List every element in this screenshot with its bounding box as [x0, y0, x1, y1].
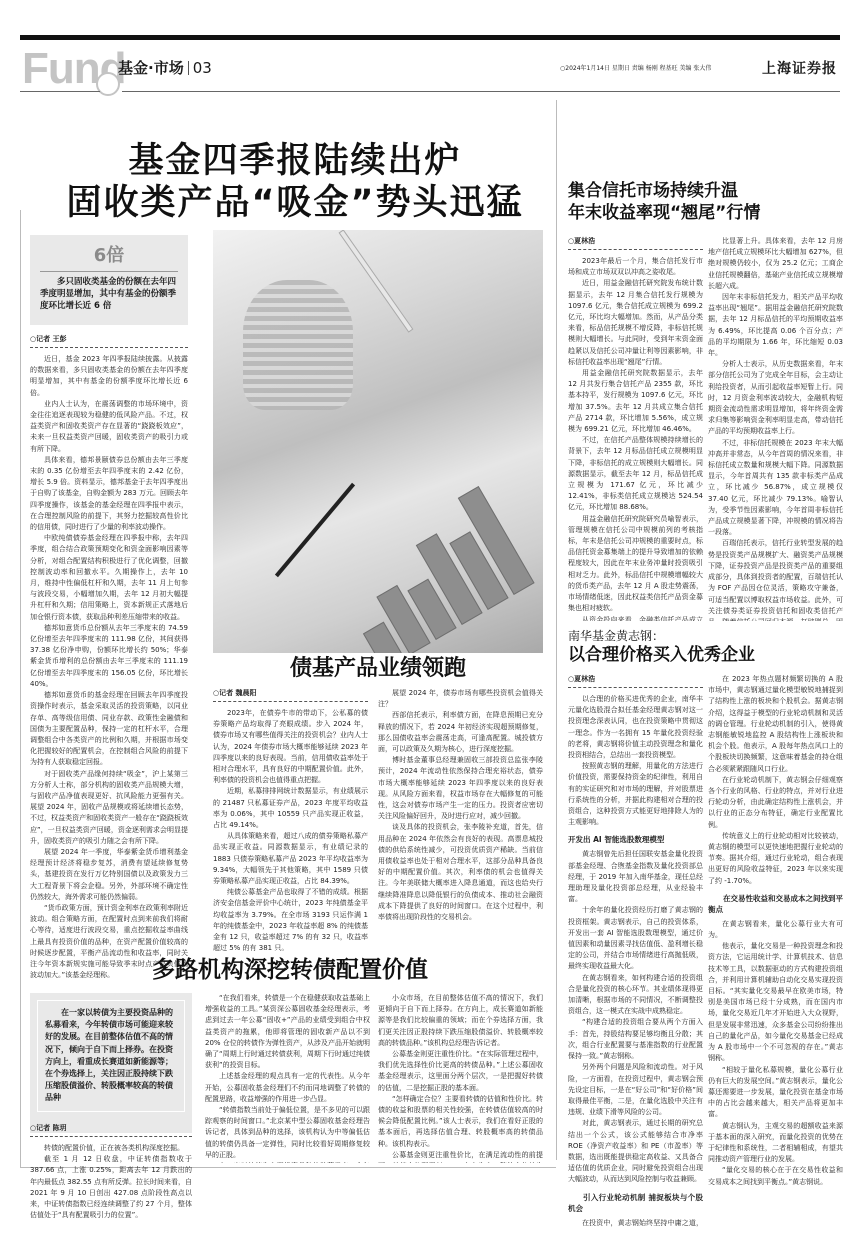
convertible-body: 转债的配置价值，正在被各类机构深度挖掘。 截至 1 月 12 日收盘，中证转债指…: [30, 1143, 192, 1221]
nanhua-subhead-rotation: 引入行业轮动机制 捕捉板块与个股机会: [568, 1192, 703, 1214]
column-divider: [556, 100, 557, 1160]
paragraph: 黄志钢曾先后担任国联安基金量化投资部基金经理、合煦基金指数及量化投资部总经理，于…: [568, 849, 703, 905]
bond-article-col1: ○记者 魏晨阳 2023年，在债券牛市的带动下，公私募的债券策略产品均取得了亮眼…: [213, 688, 368, 954]
nanhua-headline: 以合理价格买入优秀企业: [568, 644, 848, 666]
issue-date-editors: 2024年1月14日 星期日 责编 杨刚 程基旺 美编 张大伟: [565, 65, 711, 72]
paragraph: 近日，用益金融信托研究院发布统计数据显示，去年 12 月集合信托发行规模为 10…: [568, 278, 703, 368]
paragraph: 传统意义上的行业轮动相对比较被动，黄志钢的模型可以更快速地把握行业轮动的节奏。据…: [708, 831, 843, 887]
convertible-body: 小众市场，在目前整体估值不高的情况下，我们更倾向于自下而上择券。在方向上，成长赛…: [378, 993, 543, 1163]
convertible-article-col1: “在我们看来，转债是一个在稳健获取收益基础上增强收益的工具。”某资深公募固收基金…: [205, 993, 370, 1163]
convertible-byline: ○记者 陈玥: [30, 1123, 192, 1137]
trust-headline-line1: 集合信托市场持续升温: [568, 180, 848, 202]
paragraph: 在行业轮动机制下，黄志钢会仔细观察各个行业的风格、行业的特点，并对行业进行轮动分…: [708, 775, 843, 831]
trust-article-col1: ○夏林浩 2023年最后一个月，集合信托发行市场和成立市场双双以冲高之姿收尾。 …: [568, 236, 703, 621]
masthead-bottom-rule: [122, 91, 840, 92]
callout-number: 6倍: [30, 241, 188, 267]
callout-text: 在一家以转债为主要投资品种的私募看来，今年转债市场可能迎来较好的发展。在目前整体…: [37, 1000, 185, 1112]
speech-bubble-icon: [96, 72, 120, 96]
paragraph: “量化交易的核心在于在交易性收益和交易成本之间找到平衡点。”黄志钢说。: [708, 1165, 843, 1187]
masthead-bottom-rule: [20, 91, 100, 92]
paragraph: 从资金投向来看，金融类信托产品成立规模占比下降，房地产、工商企业和基础产业三大领…: [568, 615, 703, 622]
masthead-top-rule: [20, 35, 840, 40]
paragraph: 用益金融信托研究院数据显示，去年 12 月共发行集合信托产品 2355 款，环比…: [568, 368, 703, 435]
section-name: 基金·市场: [118, 59, 184, 77]
paragraph: “相较于量化私募规模，量化公募行业仍有巨大的发展空间。”黄志钢表示，量化公募还需…: [708, 1065, 843, 1121]
lead-headline: 基金四季报陆续出炉 固收类产品“吸金”势头迅猛: [40, 140, 550, 224]
nanhua-body: 在 2023 年热点题材频繁切换的 A 股市场中，黄志钢通过量化模型敏锐地捕捉到…: [708, 674, 843, 1188]
nanhua-subhead-balance: 在交易性收益和交易成本之间找到平衡点: [708, 893, 843, 915]
paragraph: 在 2023 年热点题材频繁切换的 A 股市场中，黄志钢通过量化模型敏锐地捕捉到…: [708, 674, 843, 775]
paragraph: 按照黄志钢的理解，用量化的方法进行价值投资，需要保持资金的纪律性，利用自有的实证…: [568, 761, 703, 828]
paragraph: 2023年最后一个月，集合信托发行市场和成立市场双双以冲高之姿收尾。: [568, 256, 703, 278]
paragraph: 谈及具体的投资机会，张李陵补充道，首先，信用品种在 2024 年依然会有良好的表…: [378, 822, 543, 923]
finance-photo: [213, 230, 543, 653]
paragraph: “怎样确定合位？主要看转债的估值和性价比。转债的收益和股票的相关性较强，在转债估…: [378, 1094, 543, 1150]
paragraph: 展望 2024 年一季度，华泰紫金货币增利基金经理预计经济将稳步复苏，消费有望延…: [30, 847, 188, 903]
paragraph: 因年末非标信托发力，相关产品平均收益率出现“翘尾”。据用益金融信托研究院数据，去…: [708, 292, 843, 359]
paragraph: 不过，非标信托规模在 2023 年末大幅冲高并非常态，从今年首周的情况来看，非标…: [708, 438, 843, 539]
issue-meta: ○2024年1月14日 星期日 责编 杨刚 程基旺 美编 张大伟: [560, 64, 711, 74]
lead-body: 近日，基金 2023 年四季报陆续披露。从披露的数据来看，多只固收类基金的份额在…: [30, 354, 188, 981]
convertible-article-col2: 小众市场，在目前整体估值不高的情况下，我们更倾向于自下而上择券。在方向上，成长赛…: [378, 993, 543, 1163]
paragraph: 小众市场，在目前整体估值不高的情况下，我们更倾向于自下而上择券。在方向上，成长赛…: [378, 993, 543, 1049]
paragraph: 上述基金经理的观点具有一定的代表性。从今年开始，公募固收基金经理们不约而同地调整…: [205, 1071, 370, 1105]
paragraph: 公募基金则更注重性价比，在满足流动性的前提下，转债仓位配置以 10% 左右为主，…: [378, 1150, 543, 1163]
bar-chart-graphic: [309, 440, 543, 653]
paragraph: 对此，黄志钢表示，通过长期的研究总结出一个公式，该公式能够结合市净率 ROE（净…: [568, 1118, 703, 1185]
paragraph: 在投资中，黄志钢始终坚持中庸之道，即从长的周期视角出发，去寻找投资制胜之道，灵活…: [568, 1218, 703, 1229]
lead-headline-line2: 固收类产品“吸金”势头迅猛: [40, 182, 550, 224]
paragraph: 从具体策略来看，超过八成的债券策略私募产品实现正收益。同源数据显示，有业绩记录的…: [213, 831, 368, 887]
paragraph: 截至 1 月 12 日收盘，中证转债指数收于 387.66 点，上涨 0.25%…: [30, 1154, 192, 1221]
paragraph: 对于固收类产品缘何持续“吸金”，沪上某第三方分析人士称，部分机构的固收类产品规模…: [30, 769, 188, 847]
coin-stack-graphic: [243, 280, 353, 410]
paragraph: 在黄志钢看来，如何构建合适的投资组合是量化投资的核心环节。其业绩体现得更加清晰，…: [568, 973, 703, 1018]
trust-headline: 集合信托市场持续升温 年末收益率现“翘尾”行情: [568, 180, 848, 224]
paragraph: 德邦如意货币的基金经理在回顾去年四季度投资操作时表示，基金采取灵活的投资策略，以…: [30, 690, 188, 768]
byline-text: 记者 王彭: [36, 335, 66, 343]
paragraph: 比显著上升。具体来看，去年 12 月房地产信托成立规模环比大幅增加 627%，但…: [708, 236, 843, 292]
bond-headline: 债基产品业绩领跑: [213, 655, 543, 683]
nanhua-body: 以合理的价格买进优秀的企业，南华丰元量化选股混合拟任基金经理黄志钢对这一投资理念…: [568, 694, 703, 1229]
paragraph: “构建合适的投资组合要从两个方面入手：首先，持股结构要足够均衡且分散；其次，组合…: [568, 1017, 703, 1062]
nanhua-subhead-ai-model: 开发出 AI 智能选股数理模型: [568, 834, 703, 845]
paragraph: 转债的配置价值，正在被各类机构深度挖掘。: [30, 1143, 192, 1154]
nanhua-kicker: 南华基金黄志钢：: [568, 628, 664, 644]
nanhua-article-col2: 在 2023 年热点题材频繁切换的 A 股市场中，黄志钢通过量化模型敏锐地捕捉到…: [708, 674, 843, 1229]
nanhua-article-col1: ○夏林浩 以合理的价格买进优秀的企业，南华丰元量化选股混合拟任基金经理黄志钢对这…: [568, 674, 703, 1229]
trust-body: 2023年最后一个月，集合信托发行市场和成立市场双双以冲高之姿收尾。 近日，用益…: [568, 256, 703, 621]
section-title: 基金·市场03: [118, 58, 212, 78]
paragraph: 黄志钢认为，主观交易的超额收益来源于基本面的深入研究，而量化投资的优势在于纪律性…: [708, 1121, 843, 1166]
paragraph: 博时基金董事总经理兼固收三部投资总监张李陵预计，2024 年流动性依然保持合理充…: [378, 755, 543, 822]
paragraph: 近期，私募排排网统计数据显示，有业绩展示的 21487 只私募证券产品，2023…: [213, 786, 368, 831]
bond-byline: ○记者 魏晨阳: [213, 688, 368, 702]
bond-body: 展望 2024 年，债券市场有哪些投资机会值得关注？ 西部信托表示，利率债方面，…: [378, 688, 543, 923]
paragraph: 2023年，在债券牛市的带动下，公私募的债券策略产品均取得了亮眼成绩。步入 20…: [213, 708, 368, 786]
paragraph: 在一家以转债为主要投资品种的私募看来，今年转债市场可能迎来较好的发展。“转债的一…: [205, 1161, 370, 1163]
paragraph: 他表示，量化交易是一种投资理念和投资方法，它运用统计学、计算机技术、信息技术等工…: [708, 941, 843, 1064]
trust-article-col2: 比显著上升。具体来看，去年 12 月房地产信托成立规模环比大幅增加 627%，但…: [708, 236, 843, 621]
paragraph: 展望 2024 年，债券市场有哪些投资机会值得关注？: [378, 688, 543, 710]
byline-text: 记者 魏晨阳: [219, 689, 256, 697]
paragraph: 不过，在信托产品整体规模持续增长的背景下，去年 12 月标品信托成立规模明显下降…: [568, 435, 703, 513]
paragraph: 西部信托表示，利率债方面，在降息预期已充分释放的情况下，若 2024 年初经济实…: [378, 710, 543, 755]
byline-text: 记者 陈玥: [36, 1124, 66, 1132]
paragraph: 业内人士认为，在震荡调整的市场环境中，资金往往追逐表现较为稳健的低风险产品。不过…: [30, 399, 188, 455]
paragraph: 德邦如意货币总份额从去年三季度末的 74.59 亿份增至去年四季度末的 111.…: [30, 623, 188, 690]
convertible-callout: 在一家以转债为主要投资品种的私募看来，今年转债市场可能迎来较好的发展。在目前整体…: [30, 993, 192, 1133]
trust-headline-line2: 年末收益率现“翘尾”行情: [568, 202, 848, 224]
bond-body: 2023年，在债券牛市的带动下，公私募的债券策略产品均取得了亮眼成绩。步入 20…: [213, 708, 368, 954]
convertible-article-col0: ○记者 陈玥 转债的配置价值，正在被各类机构深度挖掘。 截至 1 月 12 日收…: [30, 1123, 192, 1221]
paragraph: 分析人士表示，从历史数据来看，年末部分信托公司为了完成全年目标，会主动让利给投资…: [708, 359, 843, 437]
byline-text: 夏林浩: [574, 675, 595, 683]
convertible-headline: 多路机构深挖转债配置价值: [30, 955, 550, 985]
callout-rule: [40, 271, 178, 272]
nanhua-byline: ○夏林浩: [568, 674, 703, 688]
paragraph: 另外两个问题是风险和流动性。对于风险，一方面看，在投资过程中，黄志钢会预先设定目…: [568, 1062, 703, 1118]
paragraph: 公募基金则更注重性价比。“在实际管理过程中，我们优先选择性价比更高的转债品种。”…: [378, 1049, 543, 1094]
bond-article-col2: 展望 2024 年，债券市场有哪些投资机会值得关注？ 西部信托表示，利率债方面，…: [378, 688, 543, 923]
paragraph: 用益金融信托研究院研究员喻智表示，管理规模在信托公司中规模前列的考核指标，年末是…: [568, 514, 703, 615]
paragraph: “在我们看来，转债是一个在稳健获取收益基础上增强收益的工具。”某资深公募固收基金…: [205, 993, 370, 1071]
section-separator: [188, 61, 189, 75]
callout-text: 多只固收类基金的份额在去年四季度明显增加，其中有基金的份额季度环比增长近 6 倍: [30, 276, 188, 312]
paper-name: 上海证券报: [762, 58, 837, 78]
trust-body: 比显著上升。具体来看，去年 12 月房地产信托成立规模环比大幅增加 627%，但…: [708, 236, 843, 621]
lead-headline-line1: 基金四季报陆续出炉: [40, 140, 550, 182]
convertible-body: “在我们看来，转债是一个在稳健获取收益基础上增强收益的工具。”某资深公募固收基金…: [205, 993, 370, 1163]
paragraph: 在黄志钢看来，量化公募行业大有可为。: [708, 919, 843, 941]
trust-byline: ○夏林浩: [568, 236, 703, 250]
lead-byline: ○记者 王彭: [30, 334, 188, 348]
paragraph: 百瑞信托表示，信托行业转型发展的趋势是投资类产品规模扩大、融资类产品规模下降，证…: [708, 538, 843, 621]
lead-article: ○记者 王彭 近日，基金 2023 年四季报陆续披露。从披露的数据来看，多只固收…: [30, 334, 188, 981]
left-border: [20, 210, 21, 1168]
page-number: 03: [193, 59, 212, 77]
byline-text: 夏林浩: [574, 237, 595, 245]
paragraph: 十余年的量化投资经历打磨了黄志钢的投资框架。黄志钢表示，自己的投资体系，开发出一…: [568, 905, 703, 972]
paragraph: “转债指数当前处于偏低位置，是不多见的可以跟踪观察的时间窗口。”北京某中型公募固…: [205, 1105, 370, 1161]
paragraph: 纯债公募基金产品也取得了不错的成绩。根据济安金信基金评价中心统计，2023 年纯…: [213, 887, 368, 954]
paragraph: 具体来看，德邦景颐债券总份额由去年三季度末的 0.35 亿份增至去年四季度末的 …: [30, 455, 188, 533]
paragraph: 近日，基金 2023 年四季报陆续披露。从披露的数据来看，多只固收类基金的份额在…: [30, 354, 188, 399]
lead-callout: 6倍 多只固收类基金的份额在去年四季度明显增加，其中有基金的份额季度环比增长近 …: [30, 235, 188, 325]
paragraph: 中欧纯债债券基金经理在四季报中称，去年四季度，组合结合政策预期变化和资金面影响因…: [30, 533, 188, 623]
paragraph: 以合理的价格买进优秀的企业，南华丰元量化选股混合拟任基金经理黄志钢对这一投资理念…: [568, 694, 703, 761]
